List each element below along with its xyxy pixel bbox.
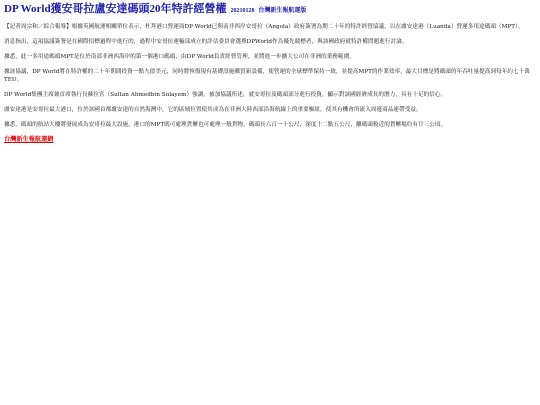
article-paragraph-5: DP World集團主席兼首席執行長蘇拉宮（Sultan Ahmedbin Su…: [4, 91, 536, 99]
source-link[interactable]: 台灣新生報航運網: [4, 136, 54, 144]
article-date: 20210128: [230, 8, 254, 14]
article-paragraph-7: 據悉，碼頭的航站大樓將發展成為安哥拉最大設施，港口的MPT既可處理貨櫃也可處理一…: [4, 121, 536, 129]
article-source: 台灣新生報航運版: [258, 8, 306, 14]
article-title: DP World獲安哥拉盧安達碼頭20年特許經營權: [4, 3, 227, 15]
article-headline: DP World獲安哥拉盧安達碼頭20年特許經營權 20210128 台灣新生報…: [4, 3, 536, 18]
article-paragraph-4: 據該協議，DP World將在特許權的二十年期間投資一點九億美元，同時將恢復現有…: [4, 68, 536, 84]
article-paragraph-6: 盧安達港是安哥拉最大港口，位於該國首都盧安達的自然海灣中，它的區域位置使其成為在…: [4, 106, 536, 114]
article-page: DP World獲安哥拉盧安達碼頭20年特許經營權 20210128 台灣新生報…: [0, 0, 540, 144]
article-paragraph-3: 據悉，此一多用途碼頭MPT是位於南部非洲西海岸的第一個港口碼頭，由DP Worl…: [4, 53, 536, 61]
article-paragraph-1: 【記者周宗和／綜合報導】根據英國航運相關單位表示，杜拜港口營運商DP World…: [4, 23, 536, 31]
article-paragraph-2: 消息指出，這項協議簽署是在國際招標過程中進行的，過程中安哥拉運輸部成立的評估委員…: [4, 38, 536, 46]
